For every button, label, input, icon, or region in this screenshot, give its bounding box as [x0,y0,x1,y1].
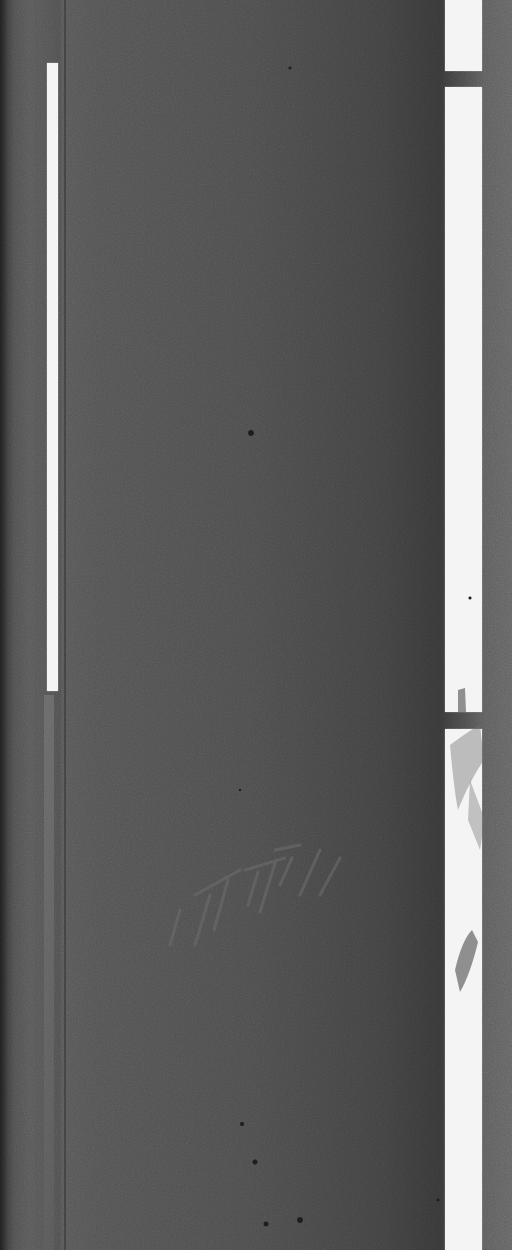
road-edge-shadow [0,0,14,1250]
right-lane-dash [445,87,482,712]
right-lane-dash [445,729,482,1250]
worn-lane-line-trace [44,695,54,1250]
shoulder-seam [36,0,37,1250]
pavement-seam [64,0,66,1250]
road-surface [0,0,512,1250]
left-solid-lane-line [47,63,58,691]
right-lane-dash [445,0,482,71]
asphalt-texture [0,0,512,1250]
